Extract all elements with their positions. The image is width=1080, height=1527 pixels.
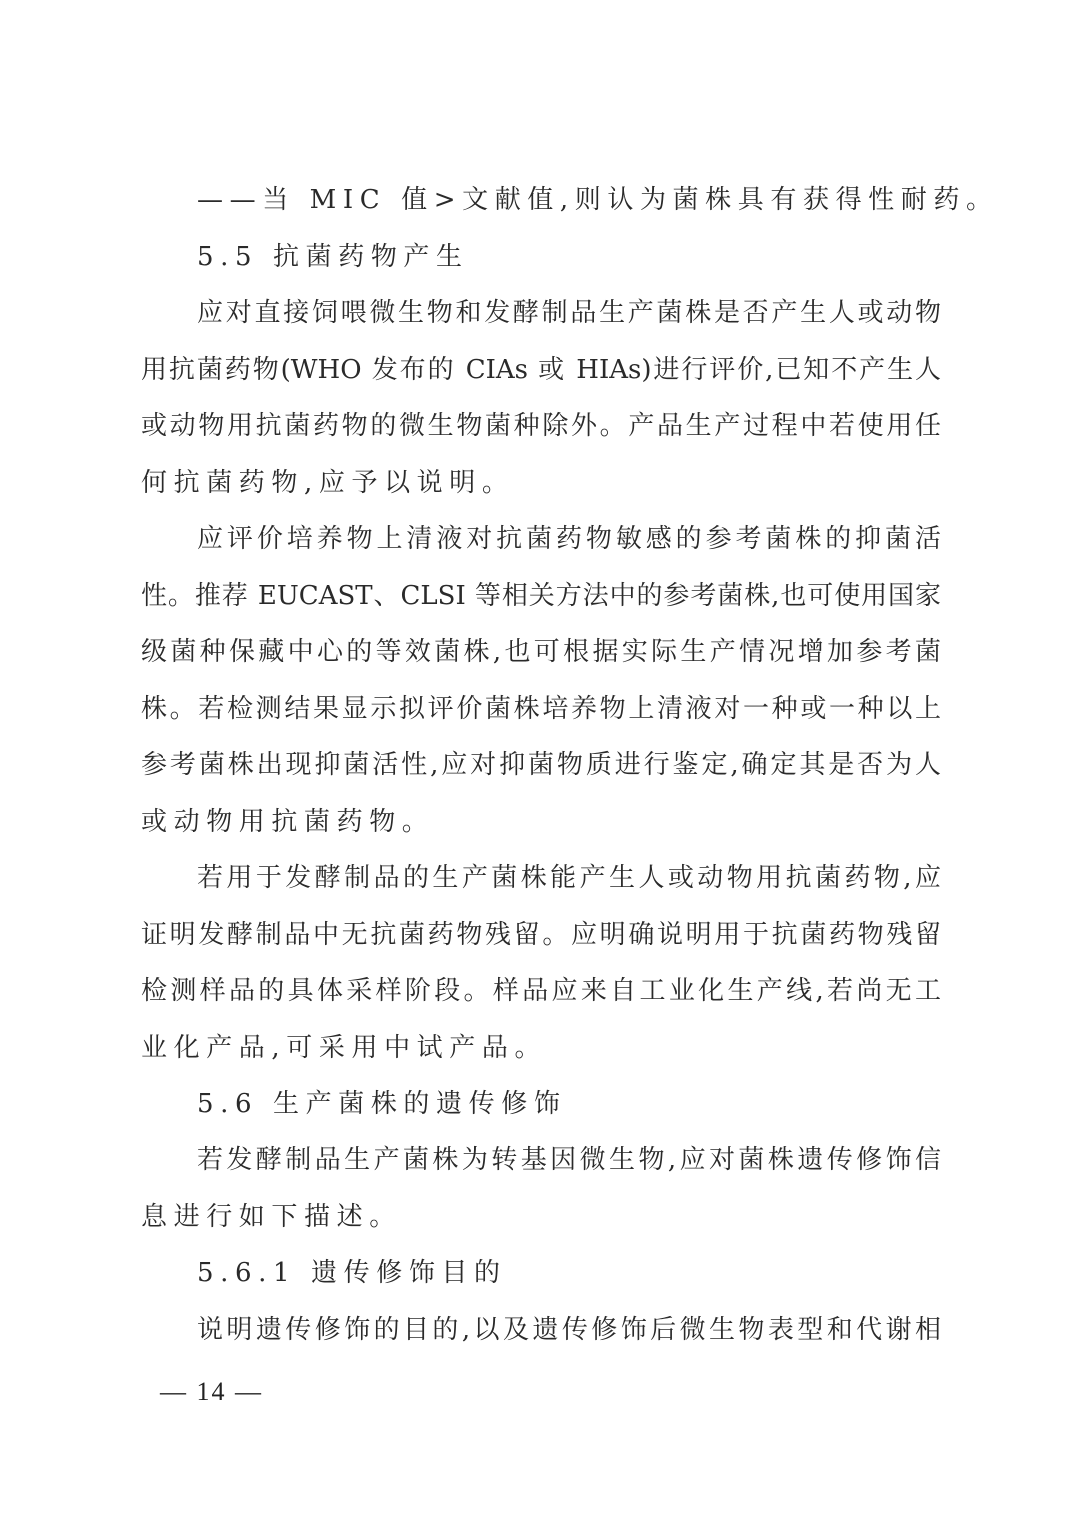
paragraph-line: 证明发酵制品中无抗菌药物残留。应明确说明用于抗菌药物残留 <box>141 915 941 955</box>
paragraph-line: 若用于发酵制品的生产菌株能产生人或动物用抗菌药物,应 <box>197 858 941 898</box>
paragraph-line: 或动物用抗菌药物的微生物菌种除外。产品生产过程中若使用任 <box>141 406 941 446</box>
paragraph-line: 业化产品,可采用中试产品。 <box>141 1028 941 1068</box>
paragraph-line: 级菌种保藏中心的等效菌株,也可根据实际生产情况增加参考菌 <box>141 632 941 672</box>
paragraph-line: 若发酵制品生产菌株为转基因微生物,应对菌株遗传修饰信 <box>197 1140 941 1180</box>
document-page: ——当 MIC 值>文献值,则认为菌株具有获得性耐药。 5.5 抗菌药物产生 应… <box>0 0 1080 1527</box>
section-heading-5-5: 5.5 抗菌药物产生 <box>197 237 997 277</box>
paragraph-line: 应对直接饲喂微生物和发酵制品生产菌株是否产生人或动物 <box>197 293 941 333</box>
section-heading-5-6-1: 5.6.1 遗传修饰目的 <box>197 1253 997 1293</box>
paragraph-line: 性。推荐 EUCAST、CLSI 等相关方法中的参考菌株,也可使用国家 <box>141 576 941 616</box>
dash-list-item-mic: ——当 MIC 值>文献值,则认为菌株具有获得性耐药。 <box>197 180 997 220</box>
paragraph-line: 息进行如下描述。 <box>141 1197 941 1237</box>
paragraph-line: 何抗菌药物,应予以说明。 <box>141 463 941 503</box>
paragraph-line: 参考菌株出现抑菌活性,应对抑菌物质进行鉴定,确定其是否为人 <box>141 745 941 785</box>
section-heading-5-6: 5.6 生产菌株的遗传修饰 <box>197 1084 997 1124</box>
paragraph-line: 株。若检测结果显示拟评价菌株培养物上清液对一种或一种以上 <box>141 689 941 729</box>
page-number: — 14 — <box>160 1372 263 1412</box>
paragraph-line: 应评价培养物上清液对抗菌药物敏感的参考菌株的抑菌活 <box>197 519 941 559</box>
paragraph-line: 说明遗传修饰的目的,以及遗传修饰后微生物表型和代谢相 <box>197 1310 941 1350</box>
paragraph-line: 检测样品的具体采样阶段。样品应来自工业化生产线,若尚无工 <box>141 971 941 1011</box>
paragraph-line: 或动物用抗菌药物。 <box>141 802 941 842</box>
paragraph-line: 用抗菌药物(WHO 发布的 CIAs 或 HIAs)进行评价,已知不产生人 <box>141 350 941 390</box>
